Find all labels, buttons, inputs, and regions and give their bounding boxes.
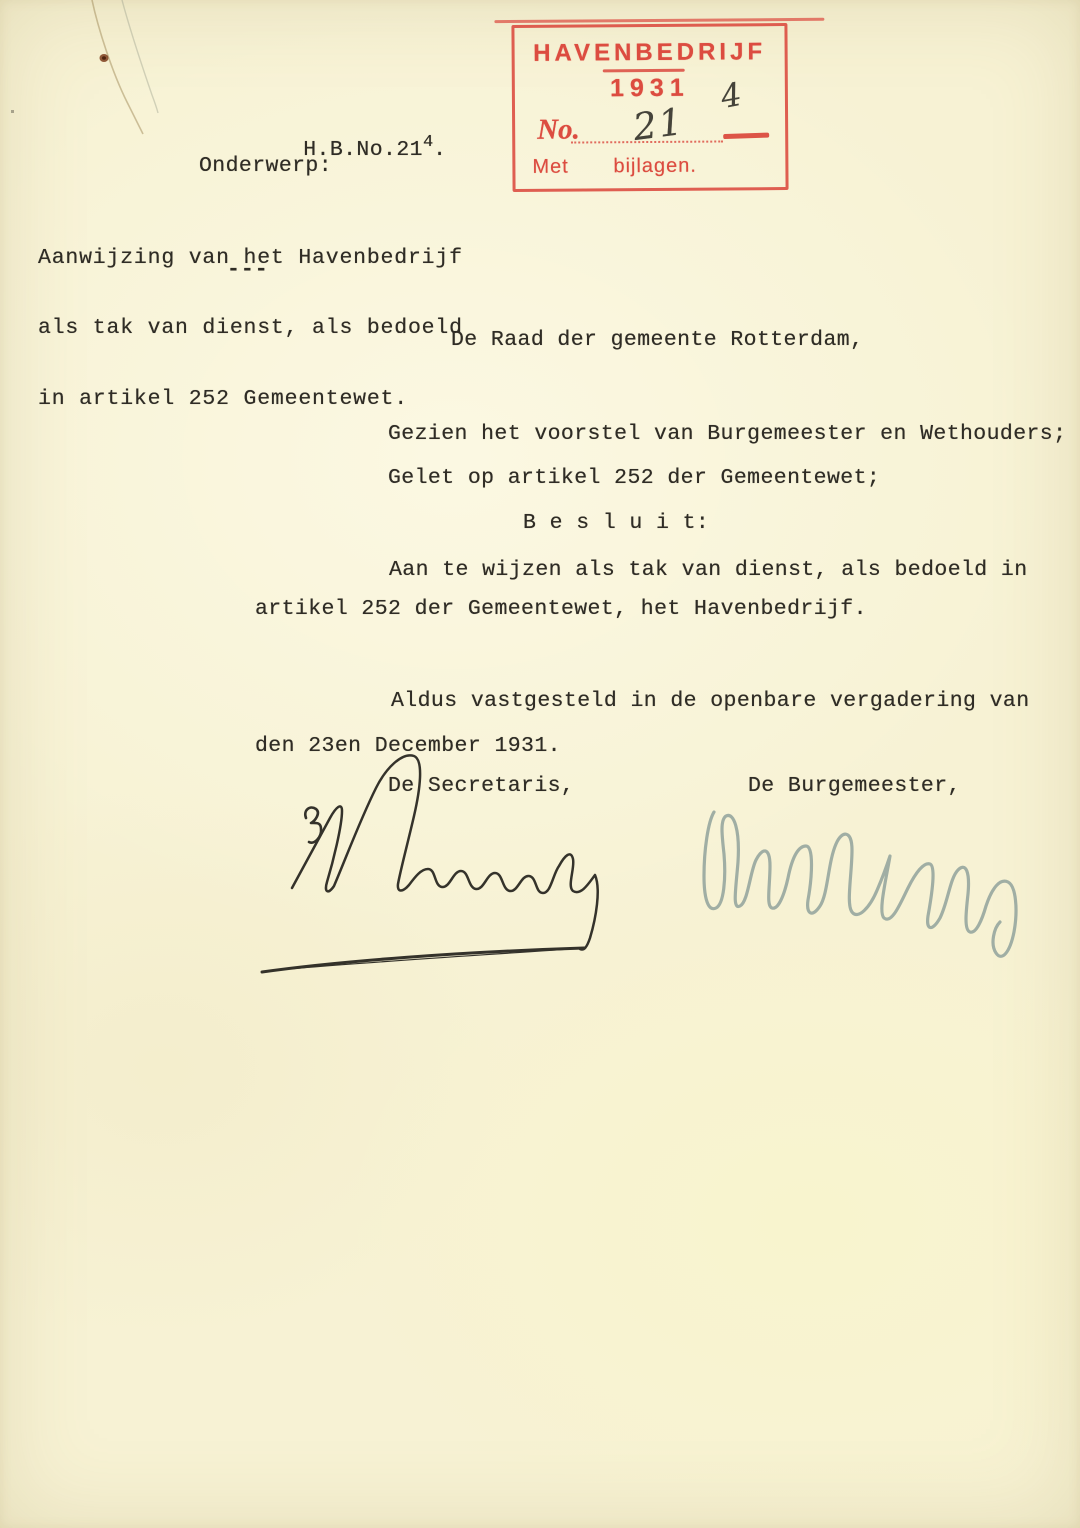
- reference-suffix: .: [433, 138, 446, 162]
- mayor-label: De Burgemeester,: [748, 774, 961, 798]
- document-page: H.B.No.214. Onderwerp: Aanwijzing van he…: [0, 0, 1080, 1528]
- fold-crease-marks: [0, 0, 220, 220]
- ink-speck: [11, 110, 14, 113]
- subject-label: Onderwerp:: [199, 154, 332, 178]
- decision-line: artikel 252 der Gemeentewet, het Havenbe…: [255, 597, 867, 621]
- stamp-double-strike-line: [494, 18, 824, 23]
- secretary-label: De Secretaris,: [388, 774, 574, 798]
- decision-line: Aan te wijzen als tak van dienst, als be…: [389, 558, 1028, 582]
- signature-flourish: [305, 808, 321, 843]
- stamp-bijlagen-label: bijlagen.: [613, 155, 697, 179]
- consideration-line: Gezien het voorstel van Burgemeester en …: [388, 422, 1066, 446]
- stamp-dash-mark: [723, 133, 769, 140]
- mayor-signature: [690, 790, 1060, 980]
- decision-heading: B e s l u i t:: [523, 511, 709, 535]
- salutation: De Raad der gemeente Rotterdam,: [451, 328, 863, 352]
- stamp-year: 1931: [515, 73, 785, 104]
- stamp-met-label: Met: [532, 156, 569, 179]
- consideration-line: Gelet op artikel 252 der Gemeentewet;: [388, 466, 880, 490]
- divider-dashes: ---: [227, 258, 269, 282]
- subject-text: Aanwijzing van het Havenbedrijf als tak …: [38, 199, 463, 458]
- subject-line: als tak van dienst, als bedoeld: [38, 317, 463, 339]
- reference-superscript: 4: [423, 133, 433, 152]
- subject-line: in artikel 252 Gemeentewet.: [38, 388, 463, 410]
- registration-stamp: HAVENBEDRIJF 1931 No. 21 4 Met bijlagen.: [511, 23, 788, 192]
- rust-speck: [100, 54, 109, 62]
- handwritten-number: 21: [631, 100, 687, 149]
- stamp-title-underline: [603, 69, 685, 73]
- stamp-title: HAVENBEDRIJF: [515, 38, 785, 68]
- closing-line: den 23en December 1931.: [255, 734, 561, 758]
- closing-line: Aldus vastgesteld in de openbare vergade…: [391, 689, 1030, 713]
